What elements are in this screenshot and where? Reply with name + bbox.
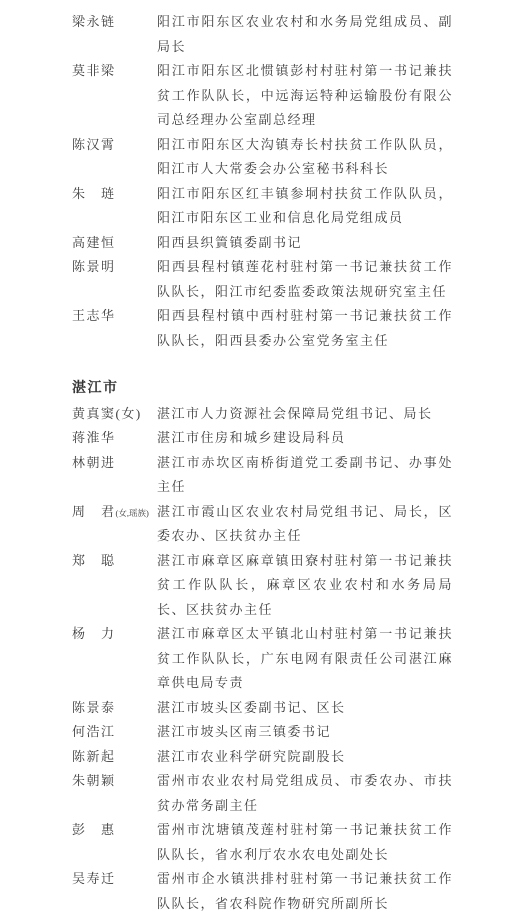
entry-name-text: 梁永链: [72, 14, 116, 29]
entry-description: 阳江市阳东区农业农村和水务局党组成员、副局长: [157, 10, 453, 59]
entry-name: 蒋淮华: [72, 426, 157, 451]
entry-description: 湛江市坡头区南三镇委书记: [157, 720, 453, 745]
entry-row: 朱朝颖 雷州市农业农村局党组成员、市委农办、市扶贫办常务副主任: [72, 769, 453, 818]
entry-description: 湛江市农业科学研究院副股长: [157, 745, 453, 770]
entry-row: 王志华 阳西县程村镇中西村驻村第一书记兼扶贫工作队队长，阳西县委办公室党务室主任: [72, 304, 453, 353]
roster-section: 梁永链 阳江市阳东区农业农村和水务局党组成员、副局长 莫非梁 阳江市阳东区北惯镇…: [72, 10, 453, 353]
entry-name: 郑 聪: [72, 549, 157, 574]
entry-name: 朱朝颖: [72, 769, 157, 794]
entry-name: 何浩江: [72, 720, 157, 745]
entry-row: 林朝进 湛江市赤坎区南桥街道党工委副书记、办事处主任: [72, 451, 453, 500]
entry-name-text: 林朝进: [72, 455, 116, 470]
entry-row: 郑 聪 湛江市麻章区麻章镇田寮村驻村第一书记兼扶贫工作队队长，麻章区农业农村和水…: [72, 549, 453, 623]
entry-row: 黄真窦(女) 湛江市人力资源社会保障局党组书记、局长: [72, 402, 453, 427]
entry-name: 莫非梁: [72, 59, 157, 84]
entry-name-text: 蒋淮华: [72, 430, 116, 445]
entry-name: 王志华: [72, 304, 157, 329]
entry-row: 陈景明 阳西县程村镇莲花村驻村第一书记兼扶贫工作队队长，阳江市纪委监委政策法规研…: [72, 255, 453, 304]
entry-row: 蒋淮华 湛江市住房和城乡建设局科员: [72, 426, 453, 451]
entry-name-note: (女,瑶族): [116, 508, 149, 518]
entry-description: 雷州市农业农村局党组成员、市委农办、市扶贫办常务副主任: [157, 769, 453, 818]
entry-name-text: 彭 惠: [72, 822, 116, 837]
entry-name: 梁永链: [72, 10, 157, 35]
entry-description: 湛江市人力资源社会保障局党组书记、局长: [157, 402, 453, 427]
entry-name-text: 莫非梁: [72, 63, 116, 78]
entry-name: 高建恒: [72, 231, 157, 256]
entry-name-text: 陈景明: [72, 259, 116, 274]
entry-name: 陈新起: [72, 745, 157, 770]
entry-description: 雷州市企水镇洪排村驻村第一书记兼扶贫工作队队长，省农科院作物研究所副所长: [157, 867, 453, 916]
entry-description: 湛江市麻章区麻章镇田寮村驻村第一书记兼扶贫工作队队长，麻章区农业农村和水务局局长…: [157, 549, 453, 623]
entry-name: 陈汉霄: [72, 133, 157, 158]
entry-name-text: 吴寿迁: [72, 871, 116, 886]
entry-row: 高建恒 阳西县织篢镇委副书记: [72, 231, 453, 256]
entry-description: 阳江市阳东区红丰镇参垌村扶贫工作队队员，阳江市阳东区工业和信息化局党组成员: [157, 182, 453, 231]
entry-name-text: 王志华: [72, 308, 116, 323]
entry-description: 湛江市麻章区太平镇北山村驻村第一书记兼扶贫工作队队长，广东电网有限责任公司湛江麻…: [157, 622, 453, 696]
entry-name-text: 周 君: [72, 504, 116, 519]
entry-description: 湛江市赤坎区南桥街道党工委副书记、办事处主任: [157, 451, 453, 500]
entry-row: 吴寿迁 雷州市企水镇洪排村驻村第一书记兼扶贫工作队队长，省农科院作物研究所副所长: [72, 867, 453, 916]
entry-row: 杨 力 湛江市麻章区太平镇北山村驻村第一书记兼扶贫工作队队长，广东电网有限责任公…: [72, 622, 453, 696]
entry-description: 阳江市阳东区北惯镇彭村村驻村第一书记兼扶贫工作队队长，中远海运特种运输股份有限公…: [157, 59, 453, 133]
entry-description: 湛江市霞山区农业农村局党组书记、局长，区委农办、区扶贫办主任: [157, 500, 453, 549]
roster-sections: 梁永链 阳江市阳东区农业农村和水务局党组成员、副局长 莫非梁 阳江市阳东区北惯镇…: [72, 10, 453, 916]
entry-description: 雷州市沈塘镇茂莲村驻村第一书记兼扶贫工作队队长，省水利厅农水农电处副处长: [157, 818, 453, 867]
entry-row: 朱 琏 阳江市阳东区红丰镇参垌村扶贫工作队队员，阳江市阳东区工业和信息化局党组成…: [72, 182, 453, 231]
entry-name: 彭 惠: [72, 818, 157, 843]
entry-description: 阳西县织篢镇委副书记: [157, 231, 453, 256]
entry-description: 阳江市阳东区大沟镇寿长村扶贫工作队队员，阳江市人大常委会办公室秘书科科长: [157, 133, 453, 182]
entry-name: 林朝进: [72, 451, 157, 476]
entry-list: 黄真窦(女) 湛江市人力资源社会保障局党组书记、局长 蒋淮华 湛江市住房和城乡建…: [72, 402, 453, 916]
entry-name: 黄真窦(女): [72, 402, 157, 427]
entry-row: 陈景泰 湛江市坡头区委副书记、区长: [72, 696, 453, 721]
entry-name-text: 朱 琏: [72, 186, 116, 201]
entry-name-text: 何浩江: [72, 724, 116, 739]
roster-section: 湛江市 黄真窦(女) 湛江市人力资源社会保障局党组书记、局长 蒋淮华 湛江市住房…: [72, 377, 453, 916]
entry-description: 阳西县程村镇中西村驻村第一书记兼扶贫工作队队长，阳西县委办公室党务室主任: [157, 304, 453, 353]
entry-name-text: 朱朝颖: [72, 773, 116, 788]
entry-row: 梁永链 阳江市阳东区农业农村和水务局党组成员、副局长: [72, 10, 453, 59]
section-header: 湛江市: [72, 377, 453, 402]
entry-name-text: 陈汉霄: [72, 137, 116, 152]
document-page: 梁永链 阳江市阳东区农业农村和水务局党组成员、副局长 莫非梁 阳江市阳东区北惯镇…: [0, 0, 507, 916]
entry-name-text: 郑 聪: [72, 553, 116, 568]
entry-row: 陈汉霄 阳江市阳东区大沟镇寿长村扶贫工作队队员，阳江市人大常委会办公室秘书科科长: [72, 133, 453, 182]
entry-name: 朱 琏: [72, 182, 157, 207]
entry-name-text: 杨 力: [72, 626, 116, 641]
entry-name: 周 君(女,瑶族): [72, 500, 157, 526]
entry-name: 吴寿迁: [72, 867, 157, 892]
entry-name: 杨 力: [72, 622, 157, 647]
entry-description: 湛江市坡头区委副书记、区长: [157, 696, 453, 721]
entry-description: 阳西县程村镇莲花村驻村第一书记兼扶贫工作队队长，阳江市纪委监委政策法规研究室主任: [157, 255, 453, 304]
entry-name-text: 黄真窦(女): [72, 406, 142, 421]
entry-description: 湛江市住房和城乡建设局科员: [157, 426, 453, 451]
entry-name: 陈景明: [72, 255, 157, 280]
entry-row: 彭 惠 雷州市沈塘镇茂莲村驻村第一书记兼扶贫工作队队长，省水利厅农水农电处副处长: [72, 818, 453, 867]
entry-name-text: 陈新起: [72, 749, 116, 764]
entry-row: 周 君(女,瑶族) 湛江市霞山区农业农村局党组书记、局长，区委农办、区扶贫办主任: [72, 500, 453, 549]
entry-row: 何浩江 湛江市坡头区南三镇委书记: [72, 720, 453, 745]
entry-row: 陈新起 湛江市农业科学研究院副股长: [72, 745, 453, 770]
entry-list: 梁永链 阳江市阳东区农业农村和水务局党组成员、副局长 莫非梁 阳江市阳东区北惯镇…: [72, 10, 453, 353]
entry-name-text: 陈景泰: [72, 700, 116, 715]
entry-row: 莫非梁 阳江市阳东区北惯镇彭村村驻村第一书记兼扶贫工作队队长，中远海运特种运输股…: [72, 59, 453, 133]
entry-name: 陈景泰: [72, 696, 157, 721]
entry-name-text: 高建恒: [72, 235, 116, 250]
